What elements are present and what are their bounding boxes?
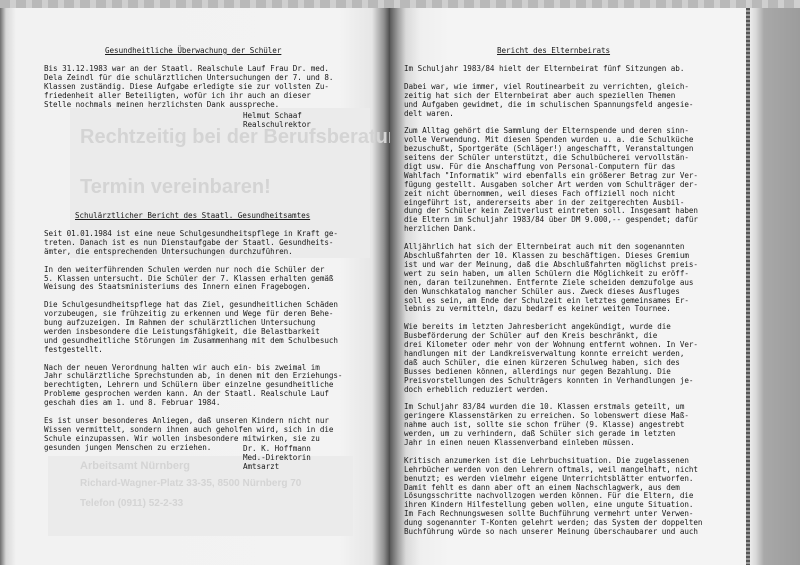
signature: Helmut SchaafRealschulrektor <box>243 112 311 130</box>
paragraph: Kritisch anzumerken ist die Lehrbuchsitu… <box>404 457 702 537</box>
paragraph: Dabei war, wie immer, viel Routinearbeit… <box>404 83 702 119</box>
right-page: Bericht des Elternbeirats Im Schuljahr 1… <box>390 8 746 565</box>
paragraph: In den weiterführenden Schulen werden nu… <box>44 266 342 293</box>
section-body: Bis 31.12.1983 war an der Staatl. Realsc… <box>44 65 333 110</box>
paragraph: Seit 01.01.1984 ist eine neue Schulgesun… <box>44 230 342 257</box>
section-title: Gesundheitliche Überwachung der Schüler <box>105 47 281 56</box>
paragraph: Im Schuljahr 83/84 wurden die 10. Klasse… <box>404 403 702 448</box>
left-page: Rechtzeitig bei der Berufsberatung Termi… <box>0 8 390 565</box>
section-title: Bericht des Elternbeirats <box>497 47 610 56</box>
bleed-through-line: Rechtzeitig bei der Berufsberatung <box>80 126 390 149</box>
paragraph: Alljährlich hat sich der Elternbeirat au… <box>404 243 702 314</box>
section-body: Seit 01.01.1984 ist eine neue Schulgesun… <box>44 230 342 461</box>
paragraph: Nach der neuen Verordnung halten wir auc… <box>44 364 342 409</box>
paragraph: Die Schulgesundheitspflege hat das Ziel,… <box>44 301 342 354</box>
bleed-through-line: Telefon (0911) 52-2-33 <box>80 498 183 509</box>
bleed-through-line: Termin vereinbaren! <box>80 176 271 199</box>
bleed-through-line: Arbeitsamt Nürnberg <box>80 460 190 472</box>
section-title: Schulärztlicher Bericht des Staatl. Gesu… <box>75 212 310 221</box>
paragraph: Im Schuljahr 1983/84 hielt der Elternbei… <box>404 65 702 74</box>
paragraph: Wie bereits im letzten Jahresbericht ang… <box>404 323 702 394</box>
paragraph: Zum Alltag gehört die Sammlung der Elter… <box>404 127 702 234</box>
signature-office: Amtsarzt <box>243 463 311 472</box>
bleed-through-line: Richard-Wagner-Platz 33-35, 8500 Nürnber… <box>80 478 301 489</box>
signature: Dr. K. HoffmannMed.-DirektorinAmtsarzt <box>243 445 311 472</box>
scan-background <box>750 8 800 565</box>
signature-role: Realschulrektor <box>243 121 311 130</box>
scan-top-edge <box>0 0 800 8</box>
section-body: Im Schuljahr 1983/84 hielt der Elternbei… <box>404 65 702 546</box>
